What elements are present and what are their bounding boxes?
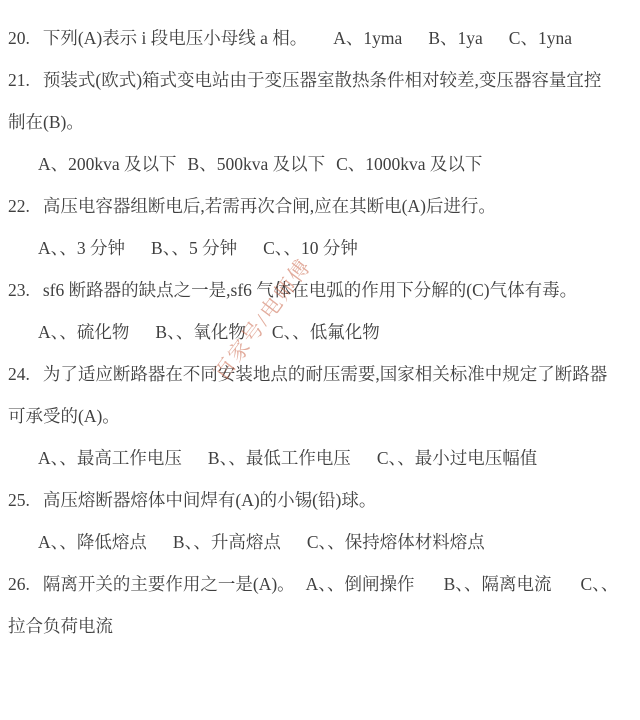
answer-option: C、、 [581, 563, 619, 605]
options-line-25: A、、降低熔点B、、升高熔点C、、保持熔体材料熔点 [8, 521, 634, 563]
answer-option: C、、10 分钟 [263, 227, 358, 269]
answer-option: B、、5 分钟 [151, 227, 237, 269]
question-line-26: 26.隔离开关的主要作用之一是(A)。A、、倒闸操作B、、隔离电流C、、 [8, 563, 634, 605]
question-text: 预装式(欧式)箱式变电站由于变压器室散热条件相对较差,变压器容量宜控 [43, 70, 602, 90]
answer-option: A、、最高工作电压 [38, 437, 182, 479]
answer-option: B、1ya [428, 17, 482, 59]
answer-option: C、1yna [509, 17, 572, 59]
answer-option: A、200kva 及以下 [38, 143, 177, 185]
answer-option: A、、3 分钟 [38, 227, 125, 269]
question-text: 高压熔断器熔体中间焊有(A)的小锡(铅)球。 [43, 490, 376, 510]
question-line-25: 25.高压熔断器熔体中间焊有(A)的小锡(铅)球。 [8, 479, 634, 521]
answer-option: B、500kva 及以下 [188, 143, 326, 185]
question-text: 高压电容器组断电后,若需再次合闸,应在其断电(A)后进行。 [43, 196, 496, 216]
question-line-21-continuation: 制在(B)。 [8, 101, 634, 143]
question-line-23: 23.sf6 断路器的缺点之一是,sf6 气体在电弧的作用下分解的(C)气体有毒… [8, 269, 634, 311]
answer-option: C、1000kva 及以下 [336, 143, 482, 185]
question-number: 24. [8, 353, 30, 395]
answer-option: C、、保持熔体材料熔点 [307, 521, 485, 563]
answer-option: C、、最小过电压幅值 [377, 437, 537, 479]
question-number: 25. [8, 479, 30, 521]
question-text: 可承受的(A)。 [8, 406, 120, 426]
exam-question-page: 20.下列(A)表示 i 段电压小母线 a 相。A、1ymaB、1yaC、1yn… [0, 0, 640, 720]
question-text: 拉合负荷电流 [8, 616, 113, 636]
answer-option: A、、硫化物 [38, 311, 129, 353]
question-number: 26. [8, 563, 30, 605]
question-number: 22. [8, 185, 30, 227]
answer-option: A、1yma [333, 17, 402, 59]
options-line-22: A、、3 分钟B、、5 分钟C、、10 分钟 [8, 227, 634, 269]
question-line-20: 20.下列(A)表示 i 段电压小母线 a 相。A、1ymaB、1yaC、1yn… [8, 17, 634, 59]
question-line-24-continuation: 可承受的(A)。 [8, 395, 634, 437]
question-line-21: 21.预装式(欧式)箱式变电站由于变压器室散热条件相对较差,变压器容量宜控 [8, 59, 634, 101]
answer-option: B、、氧化物 [155, 311, 245, 353]
question-text: 隔离开关的主要作用之一是(A)。 [43, 574, 295, 594]
options-line-23: A、、硫化物B、、氧化物C、、低氟化物 [8, 311, 634, 353]
question-number: 21. [8, 59, 30, 101]
question-text: 制在(B)。 [8, 112, 84, 132]
answer-option: B、、升高熔点 [173, 521, 281, 563]
answer-option: A、、倒闸操作 [306, 563, 415, 605]
question-line-26-continuation: 拉合负荷电流 [8, 605, 634, 647]
answer-option: C、、低氟化物 [272, 311, 380, 353]
question-number: 20. [8, 17, 30, 59]
question-line-22: 22.高压电容器组断电后,若需再次合闸,应在其断电(A)后进行。 [8, 185, 634, 227]
answer-option: B、、隔离电流 [444, 563, 552, 605]
options-line-21: A、200kva 及以下B、500kva 及以下C、1000kva 及以下 [8, 143, 634, 185]
question-line-24: 24.为了适应断路器在不同安装地点的耐压需要,国家相关标准中规定了断路器 [8, 353, 634, 395]
question-text: 下列(A)表示 i 段电压小母线 a 相。 [43, 28, 307, 48]
question-text: 为了适应断路器在不同安装地点的耐压需要,国家相关标准中规定了断路器 [43, 364, 607, 384]
question-text: sf6 断路器的缺点之一是,sf6 气体在电弧的作用下分解的(C)气体有毒。 [43, 280, 577, 300]
options-line-24: A、、最高工作电压B、、最低工作电压C、、最小过电压幅值 [8, 437, 634, 479]
answer-option: B、、最低工作电压 [208, 437, 351, 479]
question-number: 23. [8, 269, 30, 311]
answer-option: A、、降低熔点 [38, 521, 147, 563]
